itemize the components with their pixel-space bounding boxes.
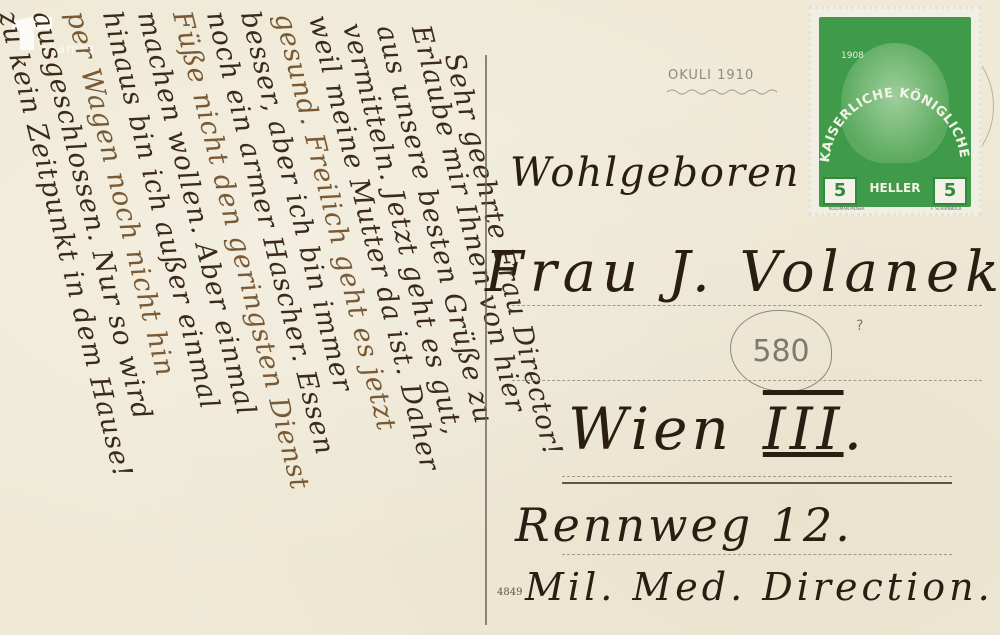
svg-text:KAISERLICHE KÖNIGLICHE ÖSTERRE: KAISERLICHE KÖNIGLICHE ÖSTERREICHISCHE P… [819,17,971,164]
address-line [512,305,982,306]
address-line [562,476,952,477]
stamp-face: KAISERLICHE KÖNIGLICHE ÖSTERREICHISCHE P… [819,17,971,207]
address-line [562,554,952,555]
postcard-back: akamra Sehr geehrte Frau Director! Erlau… [0,0,1000,635]
district-number: III [763,395,844,463]
postage-stamp: KAISERLICHE KÖNIGLICHE ÖSTERREICHISCHE P… [808,6,982,216]
stamp-denomination: HELLER [863,181,927,195]
stamp-designer-right: F. SCHIRNBÖCK [931,206,962,211]
stamp-value-right: 5 [933,177,967,205]
stamp-value-left: 5 [823,177,857,205]
print-number: 4849 [497,587,522,598]
address-city: WienIII. [568,395,866,463]
address-salutation: Wohlgeboren [510,150,801,196]
vertical-divider [485,55,487,625]
stamp-designer-left: KOLOMAN MOSER [829,206,865,211]
city-name: Wien [568,395,733,463]
address-street: Rennweg 12. [515,498,853,552]
address-line [512,380,982,381]
archive-number: 580 [752,334,809,369]
city-underline [562,482,952,484]
address-institution: Mil. Med. Direction. [525,565,994,609]
pencil-underline [667,88,777,96]
stamp-arc-text: KAISERLICHE KÖNIGLICHE ÖSTERREICHISCHE P… [819,17,971,177]
question-mark: ? [856,318,863,334]
handwritten-message: Sehr geehrte Frau Director! Erlaube mir … [0,0,482,635]
pencil-annotation: OKULI 1910 [668,68,754,83]
address-name: Frau J. Volanek [485,240,1000,305]
stamp-year: 1908 [841,51,864,61]
